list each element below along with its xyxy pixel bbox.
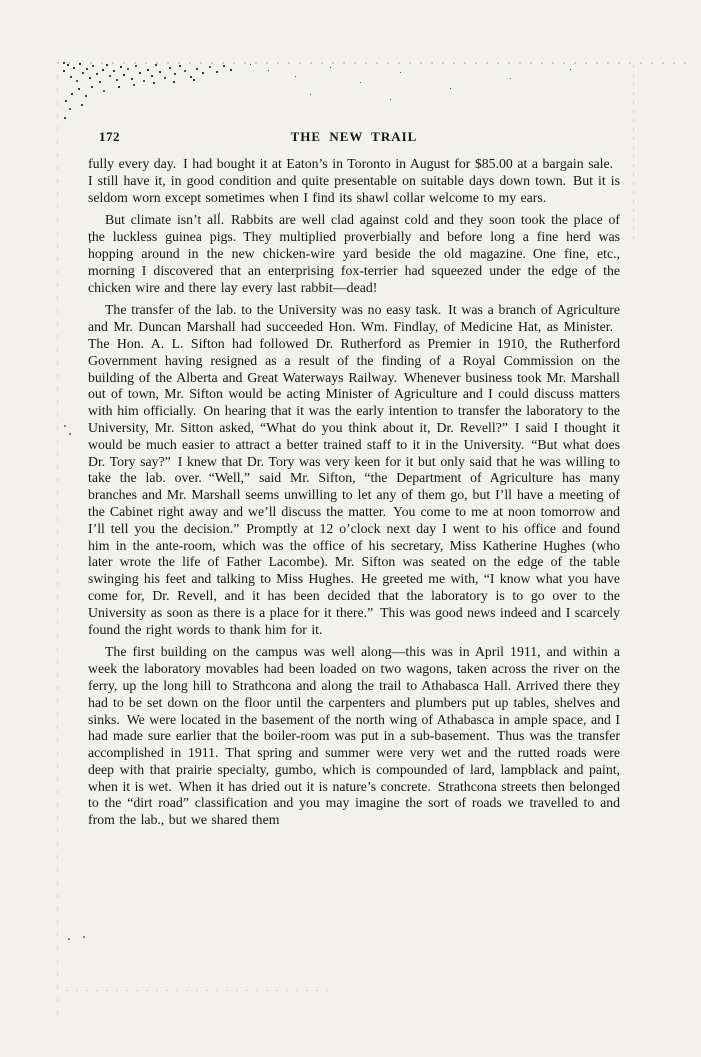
- stray-dot: [64, 425, 66, 427]
- scan-speckle-top: [250, 64, 251, 65]
- stray-dot: [69, 433, 71, 435]
- running-header: 172 THE NEW TRAIL: [88, 129, 620, 145]
- page-edge-left: [57, 70, 58, 1015]
- scanned-page: 172 THE NEW TRAIL fully every day. I had…: [0, 0, 701, 1057]
- paragraph-2: But climate isn’t all. Rabbits are well …: [88, 212, 620, 296]
- paragraph-3: The transfer of the lab. to the Universi…: [88, 302, 620, 638]
- page-edge-bottom: [66, 990, 330, 991]
- paragraph-1: fully every day. I had bought it at Eato…: [88, 156, 620, 206]
- running-title: THE NEW TRAIL: [88, 129, 620, 145]
- page-edge-top: [57, 62, 695, 64]
- stray-dot: [68, 938, 70, 940]
- page-edge-right: [633, 64, 634, 239]
- scan-speckle-top-left: [63, 62, 65, 64]
- page-body: fully every day. I had bought it at Eato…: [88, 156, 620, 829]
- stray-dot: [83, 936, 85, 938]
- paragraph-4: The first building on the campus was wel…: [88, 644, 620, 829]
